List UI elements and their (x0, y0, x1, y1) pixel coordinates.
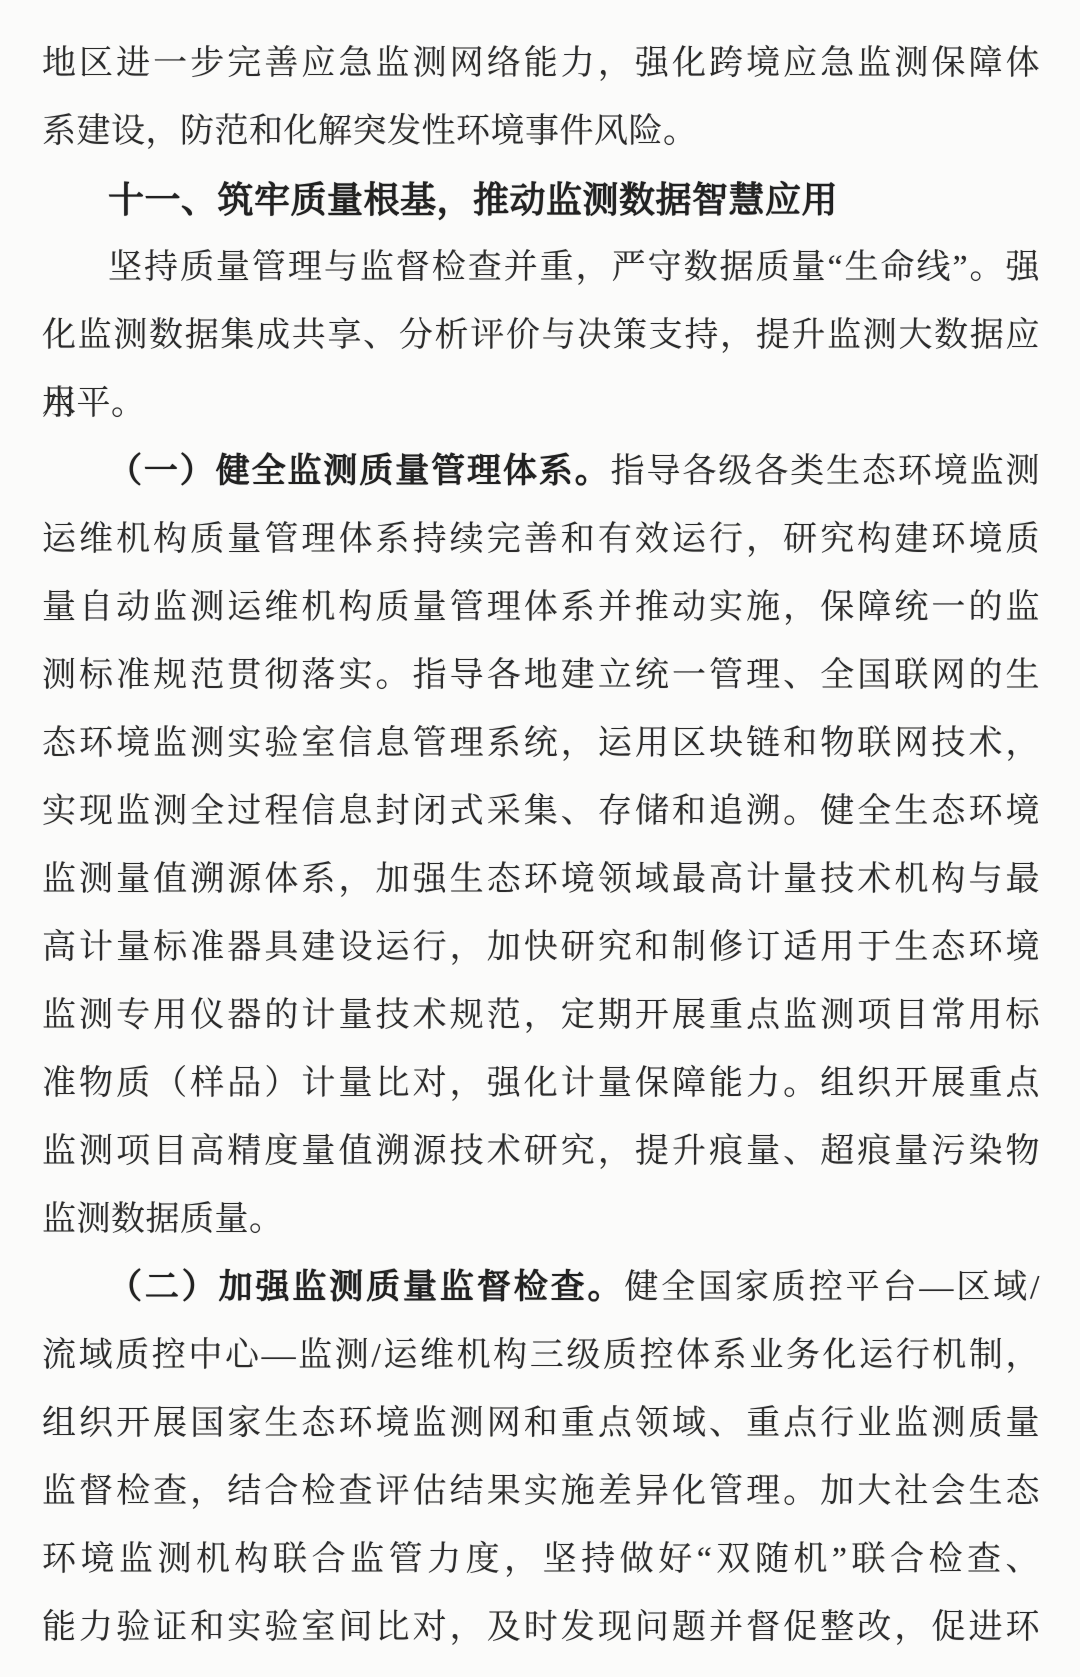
text-segment: 实现监测全过程信息封闭式采集、存储和追溯。健全生态环境 (42, 793, 1040, 830)
text-segment: 高计量标准器具建设运行，加快研究和制修订适用于生态环境 (42, 929, 1040, 966)
body-line: 监测项目高精度量值溯源技术研究，提升痕量、超痕量污染物 (42, 1118, 1040, 1186)
body-line: 化监测数据集成共享、分析评价与决策支持，提升监测大数据应用 (42, 302, 1040, 370)
text-segment: 流域质控中心—监测/运维机构三级质控体系业务化运行机制， (42, 1337, 1040, 1374)
body-line: 准物质（样品）计量比对，强化计量保障能力。组织开展重点 (42, 1050, 1040, 1118)
body-line: 环境监测机构联合监管力度，坚持做好“双随机”联合检查、 (42, 1526, 1040, 1594)
text-segment: 监测量值溯源体系，加强生态环境领域最高计量技术机构与最 (42, 861, 1040, 898)
body-line: 运维机构质量管理体系持续完善和有效运行，研究构建环境质 (42, 506, 1040, 574)
bold-text-segment: （一）健全监测质量管理体系。 (108, 453, 611, 490)
text-segment: 监测专用仪器的计量技术规范，定期开展重点监测项目常用标 (42, 997, 1040, 1034)
body-line: 监督检查，结合检查评估结果实施差异化管理。加大社会生态 (42, 1458, 1040, 1526)
text-segment: 组织开展国家生态环境监测网和重点领域、重点行业监测质量 (42, 1405, 1040, 1442)
body-line: 流域质控中心—监测/运维机构三级质控体系业务化运行机制， (42, 1322, 1040, 1390)
bold-text-segment: （二）加强监测质量监督检查。 (108, 1269, 624, 1306)
body-line: 高计量标准器具建设运行，加快研究和制修订适用于生态环境 (42, 914, 1040, 982)
body-line: 监测量值溯源体系，加强生态环境领域最高计量技术机构与最 (42, 846, 1040, 914)
bold-text-segment: 十一、筑牢质量根基，推动监测数据智慧应用 (108, 179, 838, 220)
body-line: 态环境监测实验室信息管理系统，运用区块链和物联网技术， (42, 710, 1040, 778)
text-segment: 监测数据质量。 (42, 1201, 284, 1238)
text-segment: 监测项目高精度量值溯源技术研究，提升痕量、超痕量污染物 (42, 1133, 1040, 1170)
body-line: 坚持质量管理与监督检查并重，严守数据质量“生命线”。强 (42, 234, 1040, 302)
text-segment: 态环境监测实验室信息管理系统，运用区块链和物联网技术， (42, 725, 1040, 762)
text-segment: 测标准规范贯彻落实。指导各地建立统一管理、全国联网的生 (42, 657, 1040, 694)
section-heading: 十一、筑牢质量根基，推动监测数据智慧应用 (42, 166, 1040, 234)
body-line: 监测专用仪器的计量技术规范，定期开展重点监测项目常用标 (42, 982, 1040, 1050)
text-segment: 地区进一步完善应急监测网络能力，强化跨境应急监测保障体 (42, 45, 1040, 82)
body-line: 实现监测全过程信息封闭式采集、存储和追溯。健全生态环境 (42, 778, 1040, 846)
body-line: 地区进一步完善应急监测网络能力，强化跨境应急监测保障体 (42, 30, 1040, 98)
body-line: （一）健全监测质量管理体系。指导各级各类生态环境监测 (42, 438, 1040, 506)
text-segment: 能力验证和实验室间比对，及时发现问题并督促整改，促进环 (42, 1609, 1040, 1646)
text-segment: 监督检查，结合检查评估结果实施差异化管理。加大社会生态 (42, 1473, 1040, 1510)
body-line: 能力验证和实验室间比对，及时发现问题并督促整改，促进环 (42, 1594, 1040, 1662)
body-line: 测标准规范贯彻落实。指导各地建立统一管理、全国联网的生 (42, 642, 1040, 710)
body-line: （二）加强监测质量监督检查。健全国家质控平台—区域/ (42, 1254, 1040, 1322)
text-segment: 环境监测机构联合监管力度，坚持做好“双随机”联合检查、 (42, 1541, 1040, 1578)
body-line: 系建设，防范和化解突发性环境事件风险。 (42, 98, 1040, 166)
body-line: 监测数据质量。 (42, 1186, 1040, 1254)
text-segment: 量自动监测运维机构质量管理体系并推动实施，保障统一的监 (42, 589, 1040, 626)
text-segment: 坚持质量管理与监督检查并重，严守数据质量“生命线”。强 (108, 249, 1040, 286)
text-segment: 系建设，防范和化解突发性环境事件风险。 (42, 113, 698, 150)
text-segment: 准物质（样品）计量比对，强化计量保障能力。组织开展重点 (42, 1065, 1040, 1102)
body-line: 组织开展国家生态环境监测网和重点领域、重点行业监测质量 (42, 1390, 1040, 1458)
text-segment: 水平。 (42, 385, 146, 422)
text-segment: 指导各级各类生态环境监测 (611, 453, 1040, 490)
text-segment: 健全国家质控平台—区域/ (624, 1269, 1040, 1306)
text-segment: 运维机构质量管理体系持续完善和有效运行，研究构建环境质 (42, 521, 1040, 558)
body-line: 量自动监测运维机构质量管理体系并推动实施，保障统一的监 (42, 574, 1040, 642)
body-line: 水平。 (42, 370, 1040, 438)
document-page: 地区进一步完善应急监测网络能力，强化跨境应急监测保障体系建设，防范和化解突发性环… (0, 0, 1080, 1677)
